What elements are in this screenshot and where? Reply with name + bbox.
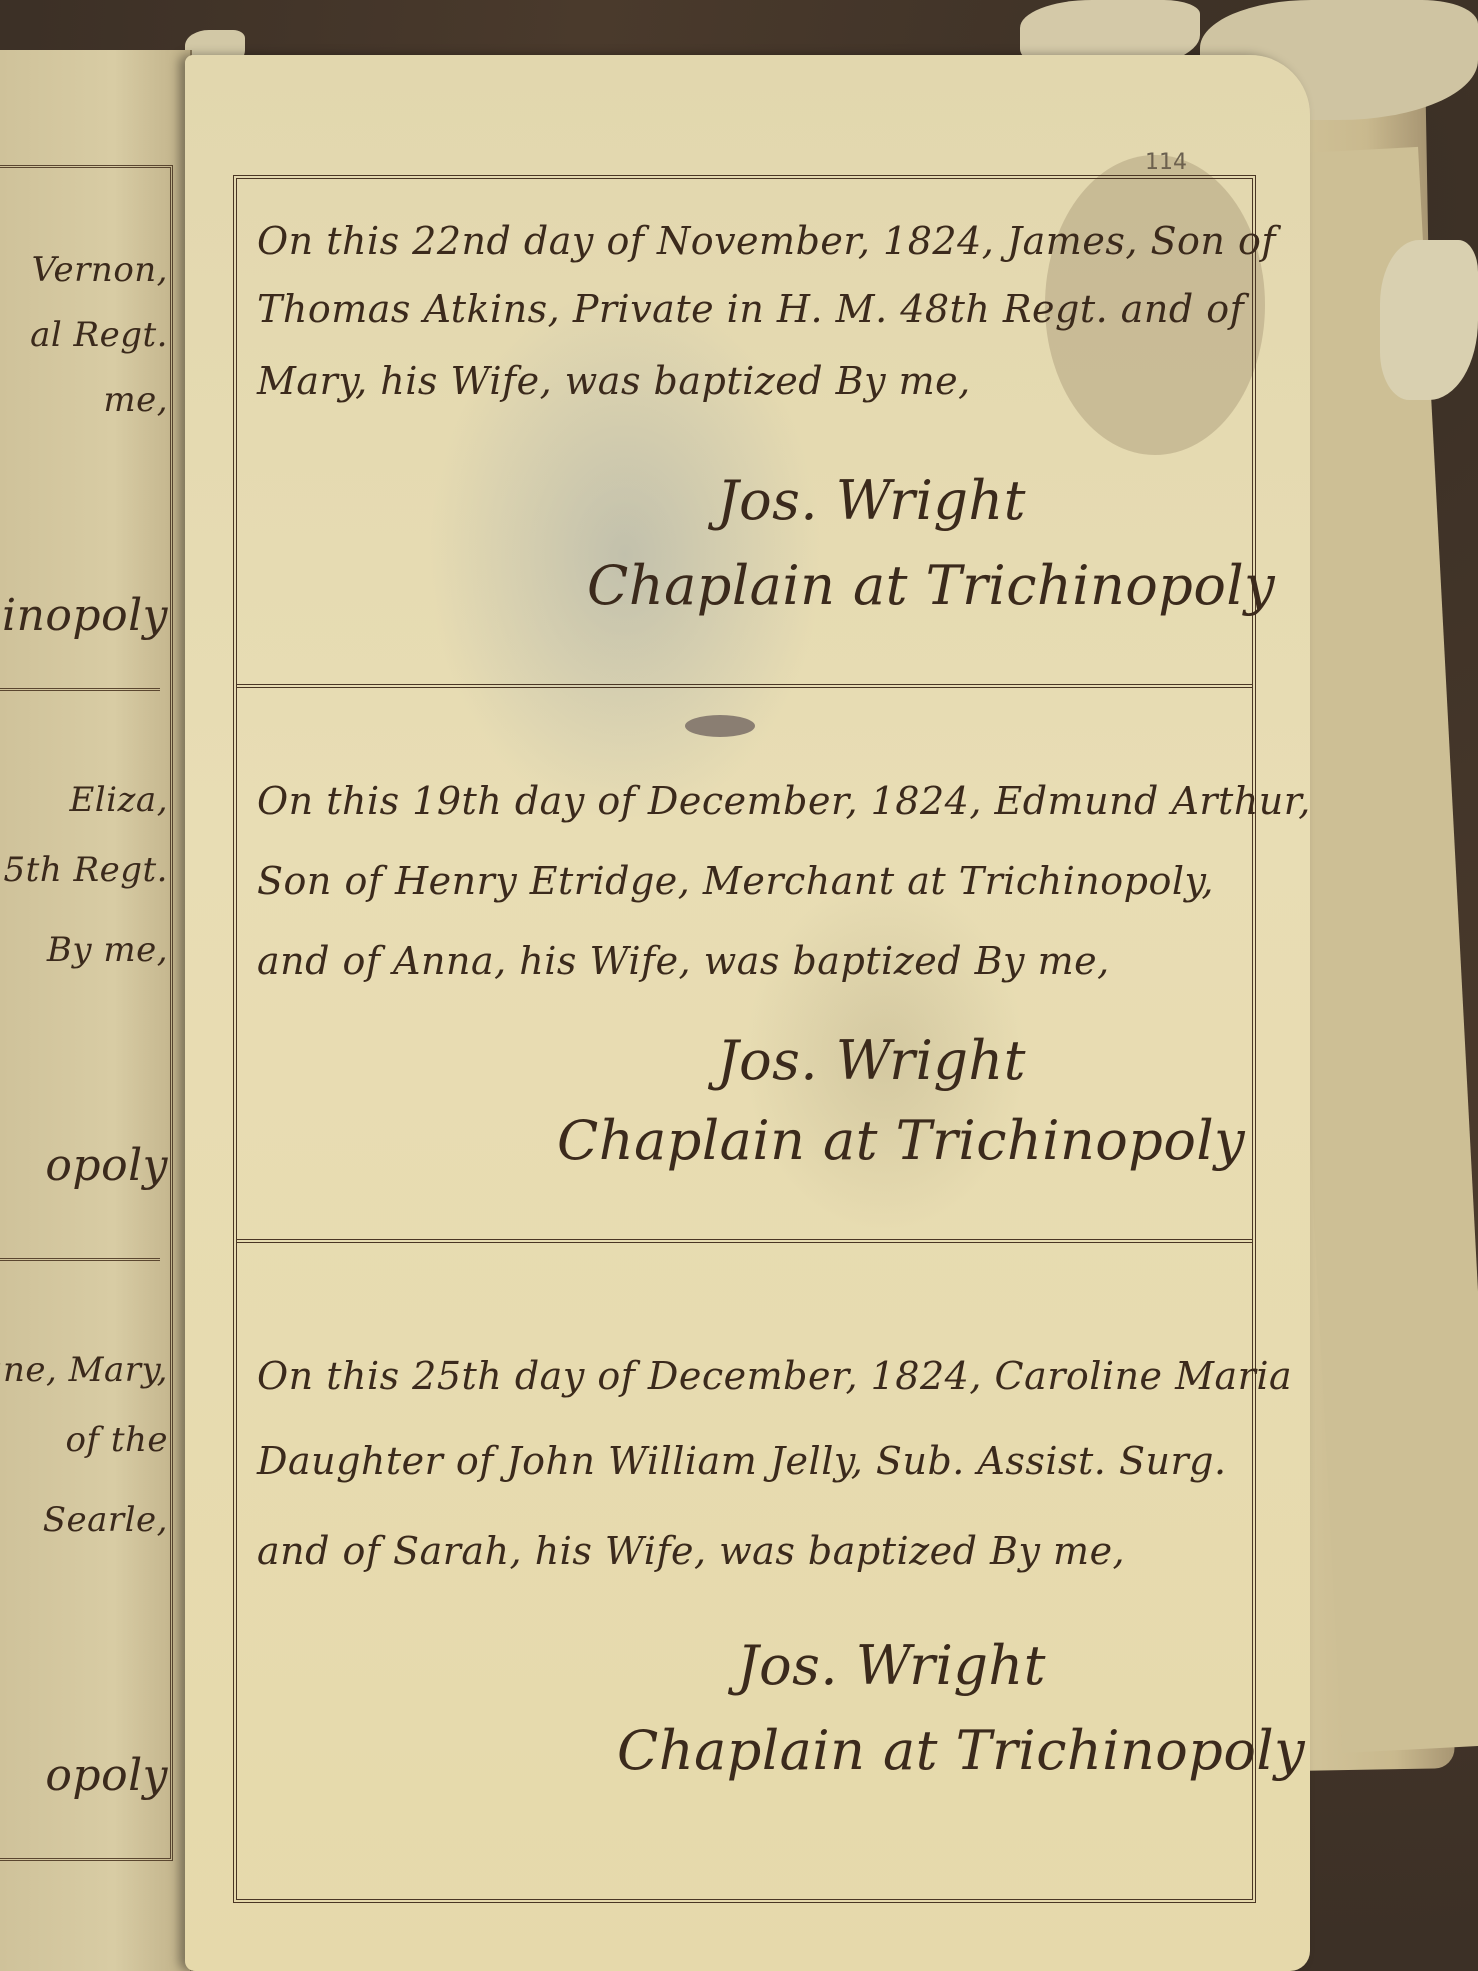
left-page-text: Searle, [43,1500,168,1540]
signature-name: Jos. Wright [717,1029,1026,1092]
signature-name: Jos. Wright [717,469,1026,532]
entry-line: Thomas Atkins, Private in H. M. 48th Reg… [257,287,1244,331]
entry-line: On this 25th day of December, 1824, Caro… [257,1354,1292,1398]
entry-divider [237,684,1252,688]
left-page-text: 5th Regt. [4,850,168,890]
entry-line: Daughter of John William Jelly, Sub. Ass… [257,1439,1227,1483]
entry-divider [237,1239,1252,1243]
left-page-divider [0,688,160,691]
entry-line: and of Sarah, his Wife, was baptized By … [257,1529,1125,1573]
signature-title: Chaplain at Trichinopoly [617,1719,1305,1782]
left-page-text: al Regt. [30,315,168,355]
left-page-text: me, [103,380,168,420]
entry-line: Mary, his Wife, was baptized By me, [257,359,971,403]
register-page: 114 On this 22nd day of November, 1824, … [185,55,1310,1971]
entry-line: On this 19th day of December, 1824, Edmu… [257,779,1311,823]
left-page-text: ane, Mary, [0,1350,168,1390]
left-page-text: By me, [47,930,168,970]
left-page-text: hinopoly [0,590,168,641]
entry-line: Son of Henry Etridge, Merchant at Trichi… [257,859,1214,903]
signature-title: Chaplain at Trichinopoly [587,554,1275,617]
baptism-entry: On this 19th day of December, 1824, Edmu… [257,779,1232,1239]
left-page-text: Eliza, [69,780,168,820]
baptism-entry: On this 22nd day of November, 1824, Jame… [257,219,1232,719]
left-page-text: Vernon, [32,250,168,290]
signature-name: Jos. Wright [737,1634,1046,1697]
left-page-text: of the [65,1420,168,1460]
left-page-divider [0,1258,160,1261]
entry-line: and of Anna, his Wife, was baptized By m… [257,939,1110,983]
left-page-text: opoly [45,1750,168,1801]
left-page: Vernon, al Regt. me, hinopoly Eliza, 5th… [0,50,192,1971]
baptism-entry: On this 25th day of December, 1824, Caro… [257,1354,1232,1854]
entry-line: On this 22nd day of November, 1824, Jame… [257,219,1276,263]
torn-paper-scrap [1380,240,1478,400]
register-frame: On this 22nd day of November, 1824, Jame… [233,175,1256,1903]
left-page-text: opoly [45,1140,168,1191]
signature-title: Chaplain at Trichinopoly [557,1109,1245,1172]
